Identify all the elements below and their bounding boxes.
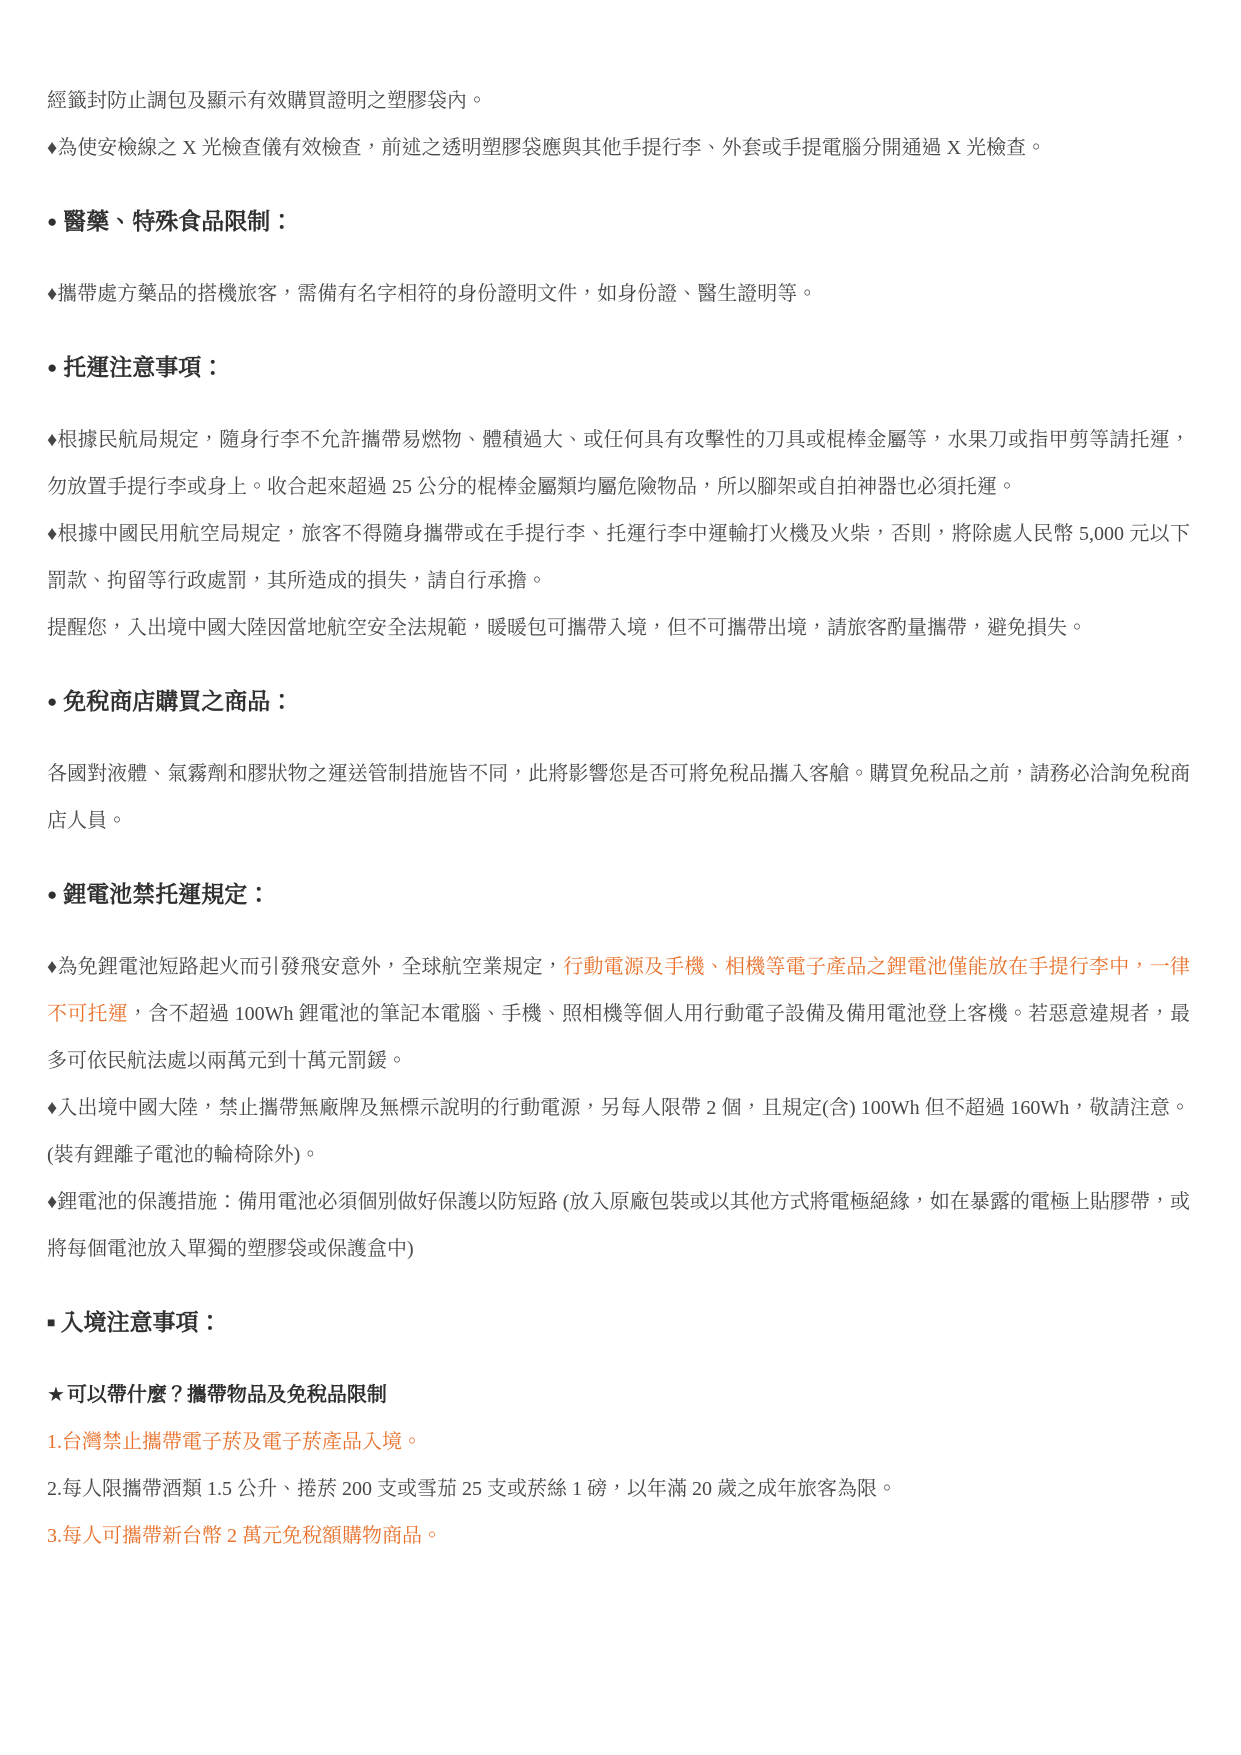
medicine-heading-text: 醫藥、特殊食品限制： (63, 208, 293, 234)
duty-free-section-heading: ●免稅商店購買之商品： (47, 678, 1190, 725)
arrival-rule-ecigarette: 1.台灣禁止攜帶電子菸及電子菸產品入境。 (47, 1419, 1190, 1466)
arrival-section-heading: ■入境注意事項： (47, 1299, 1190, 1346)
checked-baggage-section-heading: ●托運注意事項： (47, 344, 1190, 391)
checked-baggage-heading-text: 托運注意事項： (63, 354, 224, 380)
china-lighter-restriction-note: ♦根據中國民用航空局規定，旅客不得隨身攜帶或在手提行李、托運行李中運輸打火機及火… (47, 511, 1190, 605)
battery-protection-note: ♦鋰電池的保護措施：備用電池必須個別做好保護以防短路 (放入原廠包裝或以其他方式… (47, 1179, 1190, 1273)
arrival-subheading-text: 可以帶什麼？攜帶物品及免稅品限制 (67, 1384, 387, 1406)
duty-free-heading-text: 免稅商店購買之商品： (63, 688, 293, 714)
arrival-heading-text: 入境注意事項： (60, 1309, 221, 1335)
duty-free-liquids-note: 各國對液體、氣霧劑和膠狀物之運送管制措施皆不同，此將影響您是否可將免稅品攜入客艙… (47, 751, 1190, 845)
arrival-rule-alcohol-tobacco: 2.每人限攜帶酒類 1.5 公升、捲菸 200 支或雪茄 25 支或菸絲 1 磅… (47, 1466, 1190, 1513)
warmer-pack-reminder-note: 提醒您，入出境中國大陸因當地航空安全法規範，暖暖包可攜帶入境，但不可攜帶出境，請… (47, 605, 1190, 652)
document-page: 經籤封防止調包及顯示有效購買證明之塑膠袋內。 ♦為使安檢線之 X 光檢查儀有效檢… (0, 0, 1241, 1755)
lithium-rule-prefix: ♦為免鋰電池短路起火而引發飛安意外，全球航空業規定， (47, 956, 563, 978)
circle-bullet-icon: ● (47, 212, 57, 231)
prescription-medicine-note: ♦攜帶處方藥品的搭機旅客，需備有名字相符的身份證明文件，如身份證、醫生證明等。 (47, 271, 1190, 318)
xray-separation-note: ♦為使安檢線之 X 光檢查儀有效檢查，前述之透明塑膠袋應與其他手提行李、外套或手… (47, 125, 1190, 172)
circle-bullet-icon: ● (47, 692, 57, 711)
star-bullet-icon: ★ (47, 1384, 65, 1406)
lithium-section-heading: ●鋰電池禁托運規定： (47, 871, 1190, 918)
lithium-heading-text: 鋰電池禁托運規定： (63, 881, 270, 907)
arrival-allowance-subheading: ★可以帶什麼？攜帶物品及免稅品限制 (47, 1372, 1190, 1419)
powerbank-limit-note: ♦入出境中國大陸，禁止攜帶無廠牌及無標示說明的行動電源，另每人限帶 2 個，且規… (47, 1085, 1190, 1179)
medicine-section-heading: ●醫藥、特殊食品限制： (47, 198, 1190, 245)
circle-bullet-icon: ● (47, 358, 57, 377)
square-bullet-icon: ■ (47, 1314, 55, 1330)
caa-carryon-restriction-note: ♦根據民航局規定，隨身行李不允許攜帶易燃物、體積過大、或任何具有攻擊性的刀具或棍… (47, 417, 1190, 511)
lithium-rule-suffix: ，含不超過 100Wh 鋰電池的筆記本電腦、手機、照相機等個人用行動電子設備及備… (47, 1003, 1190, 1072)
intro-continuation-line: 經籤封防止調包及顯示有效購買證明之塑膠袋內。 (47, 78, 1190, 125)
arrival-rule-duty-free-amount: 3.每人可攜帶新台幣 2 萬元免稅額購物商品。 (47, 1513, 1190, 1560)
lithium-carryon-rule-note: ♦為免鋰電池短路起火而引發飛安意外，全球航空業規定，行動電源及手機、相機等電子產… (47, 944, 1190, 1085)
circle-bullet-icon: ● (47, 885, 57, 904)
